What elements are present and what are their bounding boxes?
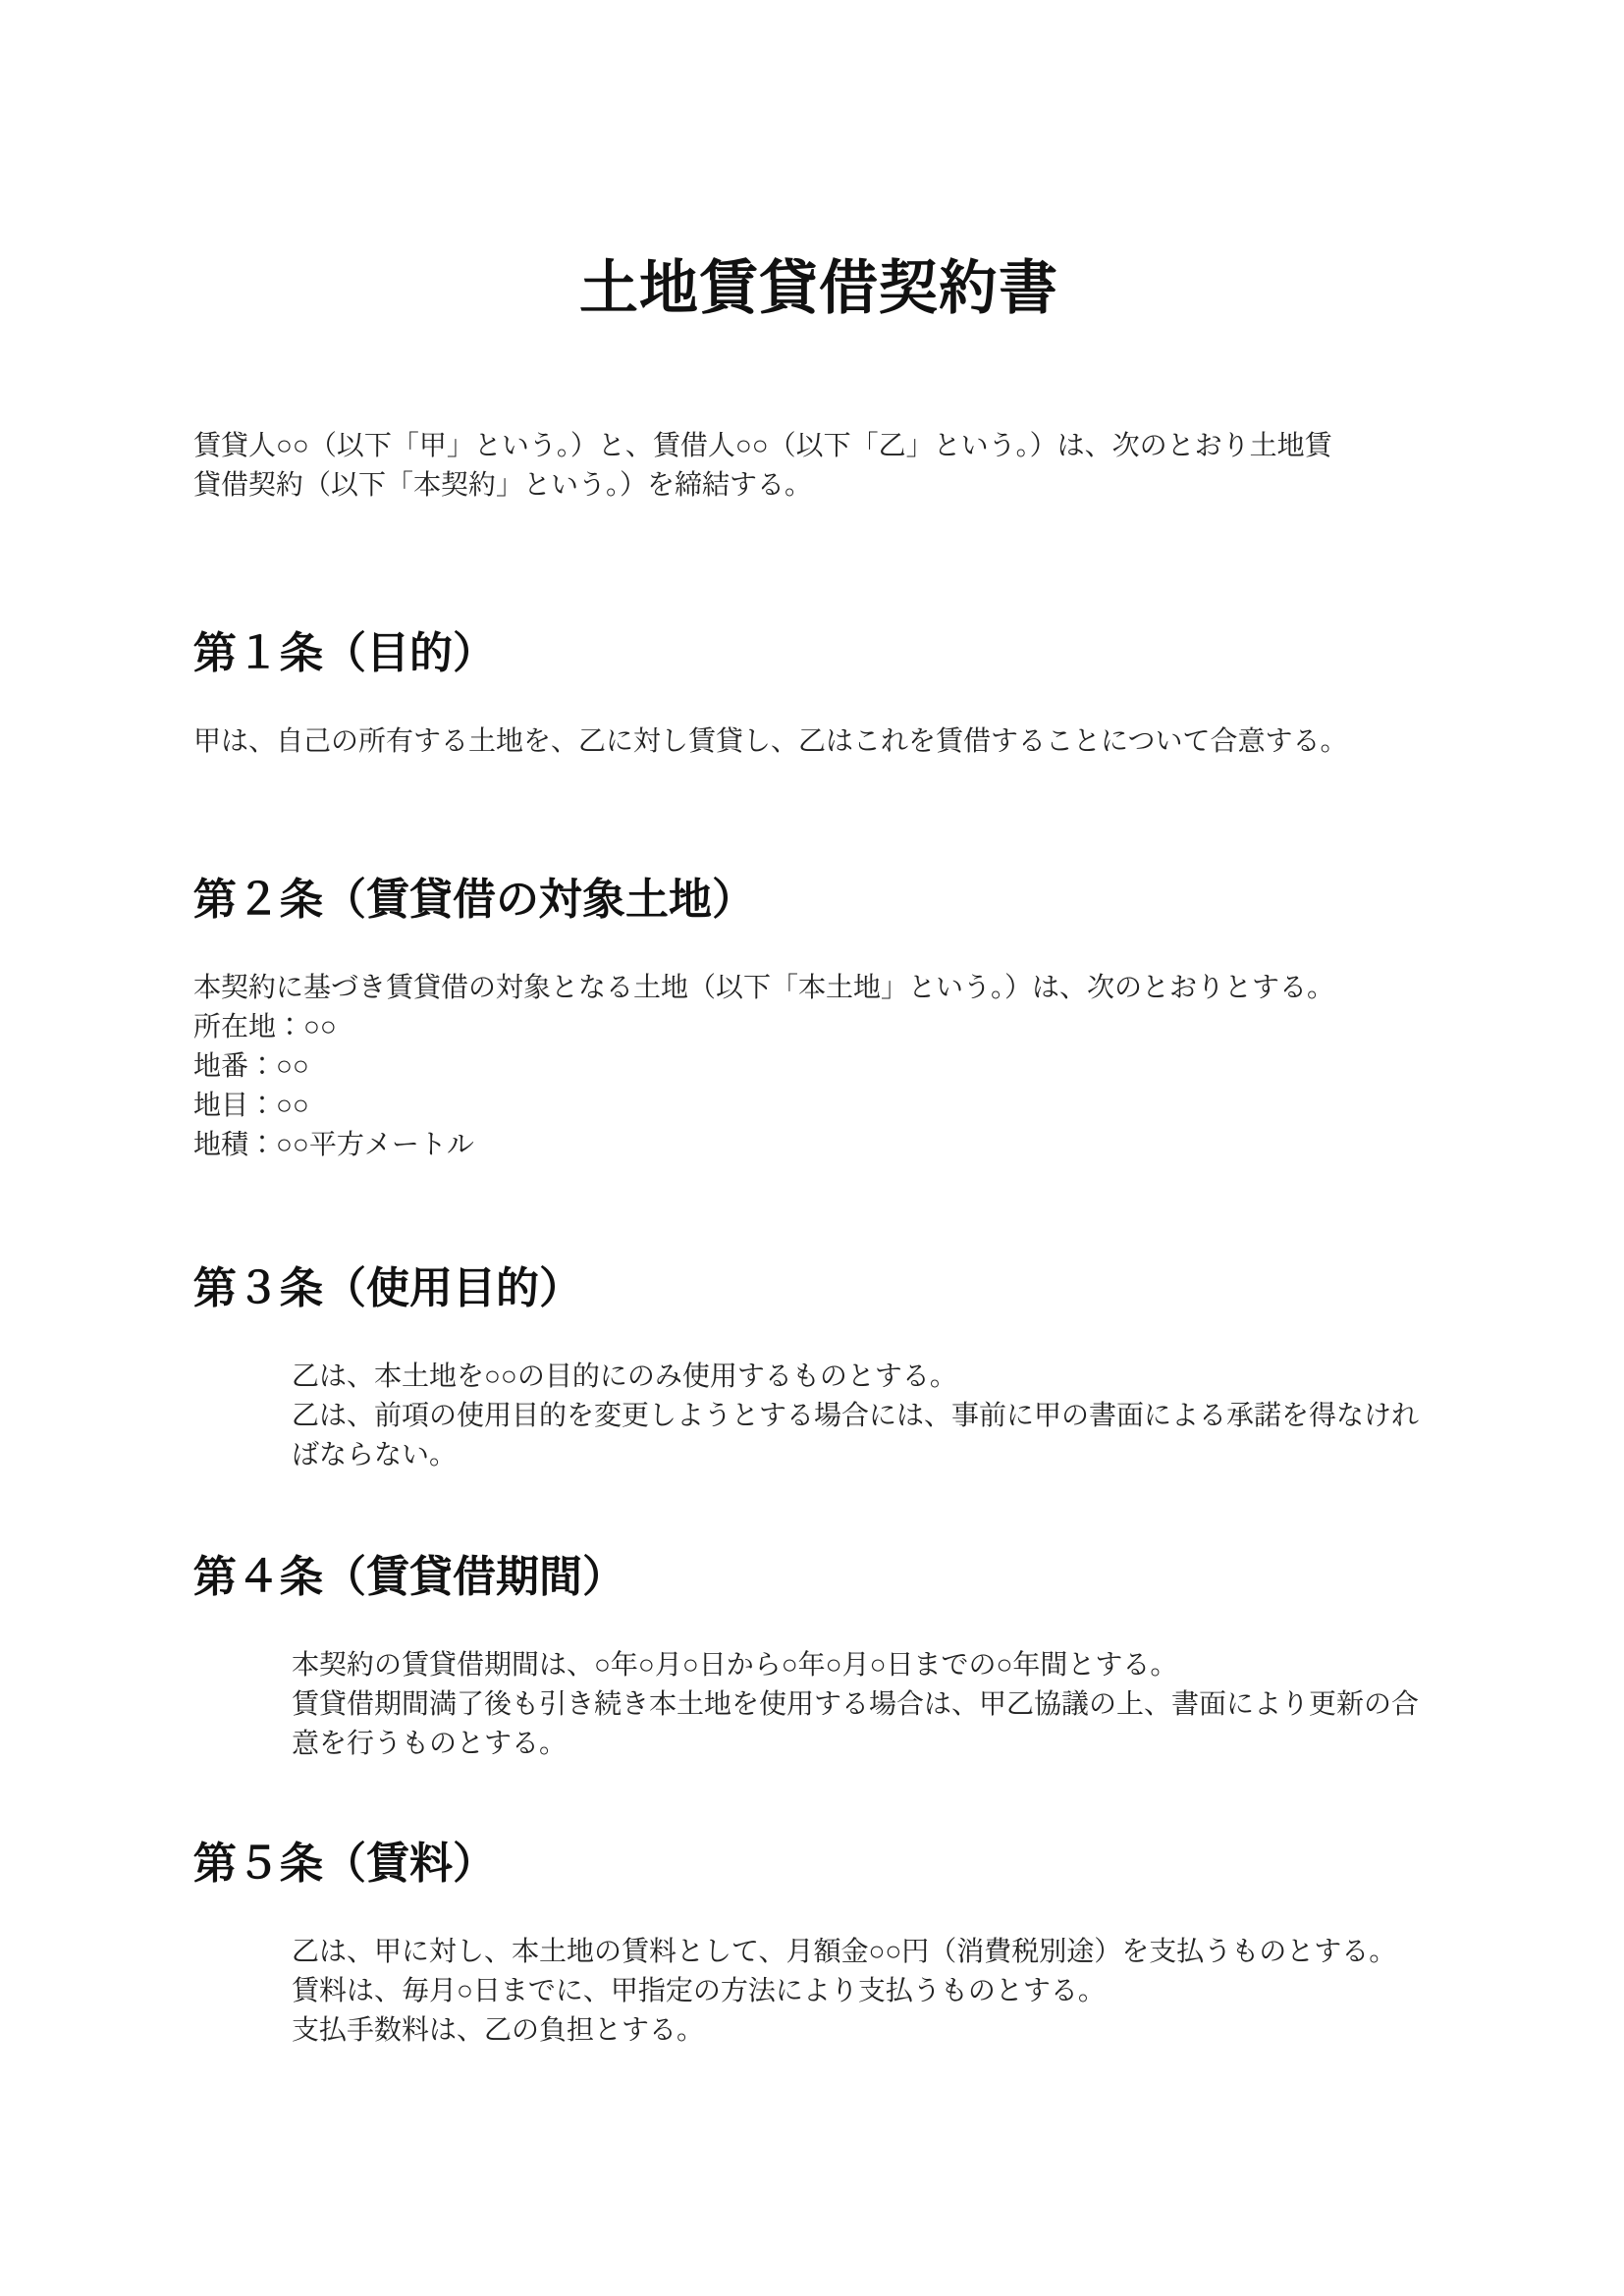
article-2-heading: 第２条（賃貸借の対象土地） — [193, 874, 1444, 927]
intro-paragraph: 賃貸人○○（以下「甲」という。）と、賃借人○○（以下「乙」という。）は、次のとお… — [193, 426, 1444, 505]
article-3-heading: 第３条（使用目的） — [193, 1262, 1444, 1315]
article-1-heading: 第１条（目的） — [193, 627, 1444, 680]
contract-document-page: 土地賃貸借契約書 賃貸人○○（以下「甲」という。）と、賃借人○○（以下「乙」とい… — [0, 0, 1624, 2296]
document-title: 土地賃貸借契約書 — [193, 0, 1444, 320]
article-section-4: 第４条（賃貸借期間） 本契約の賃貸借期間は、○年○月○日から○年○月○日までの○… — [193, 1551, 1444, 1763]
article-3-body: 乙は、本土地を○○の目的にのみ使用するものとする。 乙は、前項の使用目的を変更し… — [193, 1357, 1444, 1474]
article-section-5: 第５条（賃料） 乙は、甲に対し、本土地の賃料として、月額金○○円（消費税別途）を… — [193, 1838, 1444, 2050]
article-4-heading: 第４条（賃貸借期間） — [193, 1551, 1444, 1604]
sections-container: 第１条（目的） 甲は、自己の所有する土地を、乙に対し賃貸し、乙はこれを賃借するこ… — [193, 627, 1444, 2050]
article-2-body: 本契約に基づき賃貸借の対象となる土地（以下「本土地」という。）は、次のとおりとす… — [193, 968, 1444, 1164]
article-5-heading: 第５条（賃料） — [193, 1838, 1444, 1891]
article-section-1: 第１条（目的） 甲は、自己の所有する土地を、乙に対し賃貸し、乙はこれを賃借するこ… — [193, 627, 1444, 761]
article-4-body: 本契約の賃貸借期間は、○年○月○日から○年○月○日までの○年間とする。 賃貸借期… — [193, 1645, 1444, 1763]
article-section-3: 第３条（使用目的） 乙は、本土地を○○の目的にのみ使用するものとする。 乙は、前… — [193, 1262, 1444, 1474]
article-5-body: 乙は、甲に対し、本土地の賃料として、月額金○○円（消費税別途）を支払うものとする… — [193, 1932, 1444, 2050]
article-1-body: 甲は、自己の所有する土地を、乙に対し賃貸し、乙はこれを賃借することについて合意す… — [193, 721, 1444, 761]
article-section-2: 第２条（賃貸借の対象土地） 本契約に基づき賃貸借の対象となる土地（以下「本土地」… — [193, 874, 1444, 1164]
